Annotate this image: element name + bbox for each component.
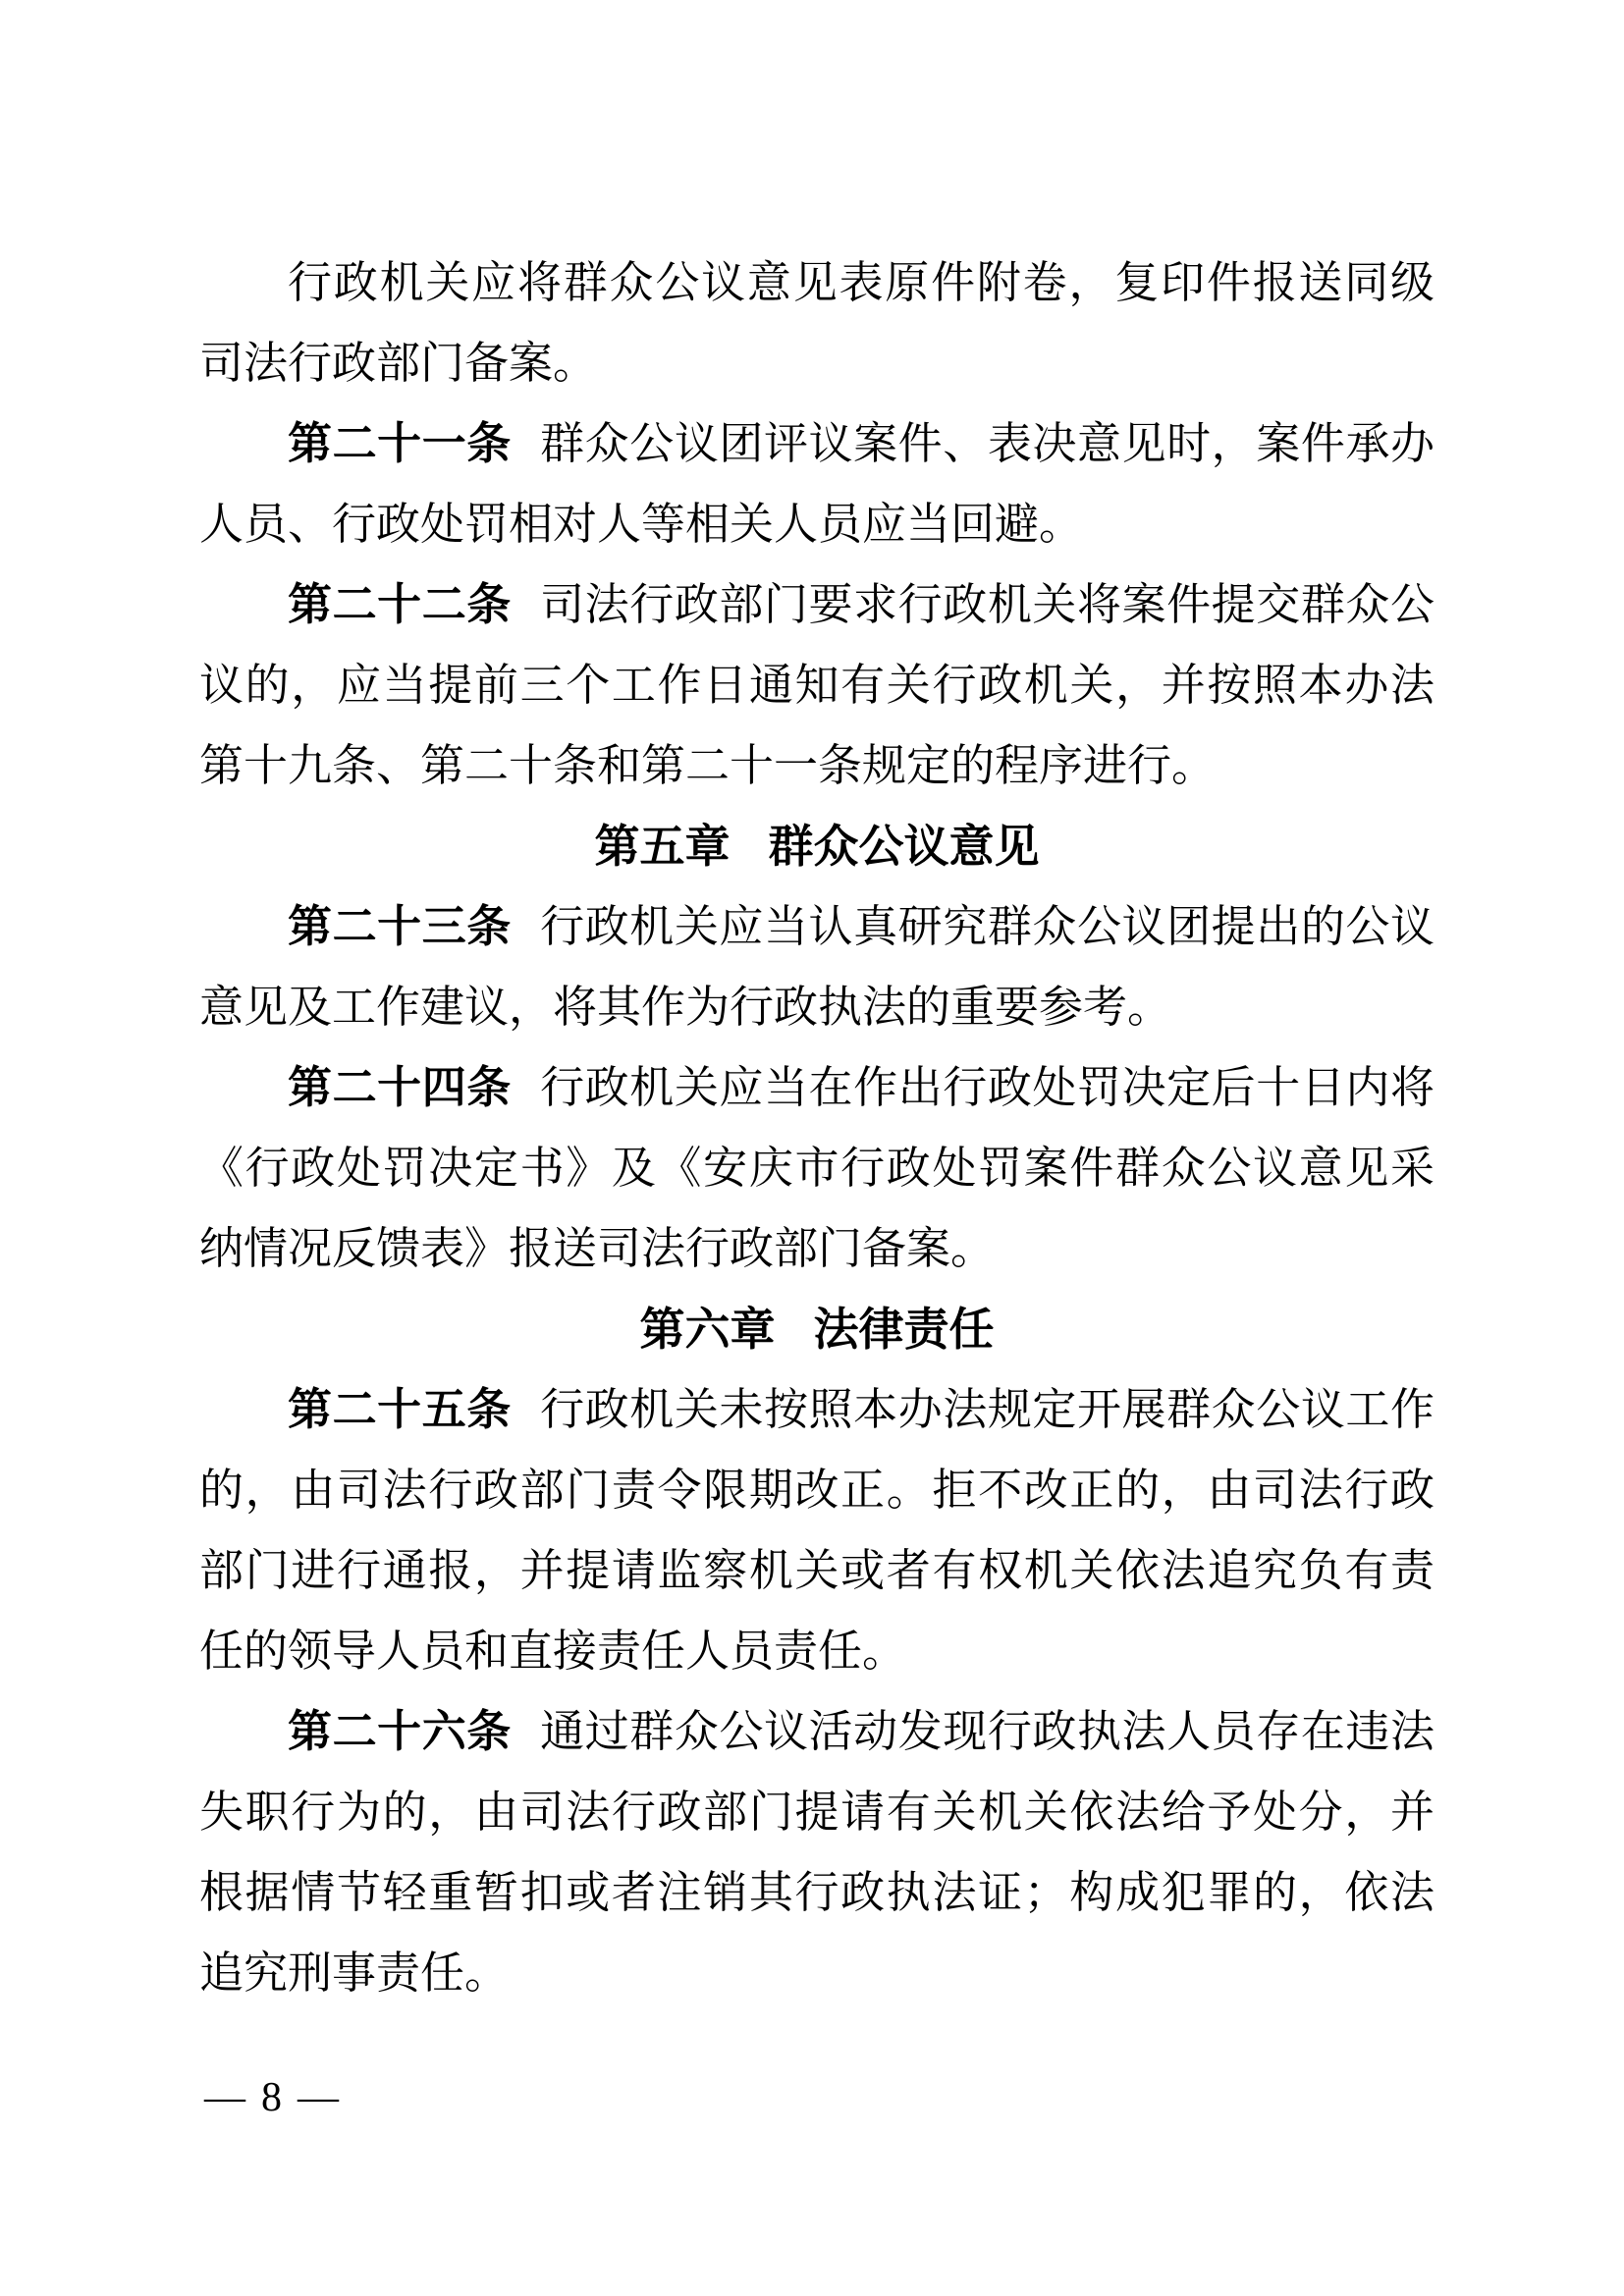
paragraph-text: 行政机关应将群众公议意见表原件附卷，复印件报送同级司法行政部门备案。	[199, 258, 1435, 388]
chapter-6-number: 第六章	[639, 1304, 775, 1355]
page-footer: —8—	[194, 2073, 349, 2122]
footer-left-dash: —	[204, 2075, 245, 2120]
article-23-paragraph: 第二十三条行政机关应当认真研究群众公议团提出的公议意见及工作建议，将其作为行政执…	[199, 886, 1435, 1047]
article-25-lead: 第二十五条	[288, 1384, 512, 1434]
article-22-lead: 第二十二条	[288, 579, 512, 629]
article-22-paragraph: 第二十二条司法行政部门要求行政机关将案件提交群众公议的，应当提前三个工作日通知有…	[199, 564, 1435, 806]
article-25-paragraph: 第二十五条行政机关未按照本办法规定开展群众公议工作的，由司法行政部门责令限期改正…	[199, 1369, 1435, 1691]
paragraph-continuation: 行政机关应将群众公议意见表原件附卷，复印件报送同级司法行政部门备案。	[199, 242, 1435, 403]
article-21-lead: 第二十一条	[288, 418, 512, 468]
article-26-paragraph: 第二十六条通过群众公议活动发现行政执法人员存在违法失职行为的，由司法行政部门提请…	[199, 1691, 1435, 2013]
article-23-lead: 第二十三条	[288, 901, 512, 951]
chapter-6-title: 法律责任	[814, 1304, 995, 1355]
chapter-5-title: 群众公议意见	[769, 821, 1040, 872]
article-26-lead: 第二十六条	[288, 1706, 512, 1756]
article-21-paragraph: 第二十一条群众公议团评议案件、表决意见时，案件承办人员、行政处罚相对人等相关人员…	[199, 403, 1435, 564]
chapter-6-heading: 第六章法律责任	[199, 1289, 1435, 1369]
footer-right-dash: —	[298, 2075, 339, 2120]
chapter-5-number: 第五章	[594, 821, 730, 872]
document-page: 行政机关应将群众公议意见表原件附卷，复印件报送同级司法行政部门备案。 第二十一条…	[0, 0, 1624, 2296]
document-body: 行政机关应将群众公议意见表原件附卷，复印件报送同级司法行政部门备案。 第二十一条…	[199, 242, 1435, 2013]
article-24-paragraph: 第二十四条行政机关应当在作出行政处罚决定后十日内将《行政处罚决定书》及《安庆市行…	[199, 1047, 1435, 1289]
page-number: 8	[261, 2075, 282, 2120]
chapter-5-heading: 第五章群众公议意见	[199, 806, 1435, 886]
article-24-lead: 第二十四条	[288, 1062, 512, 1112]
